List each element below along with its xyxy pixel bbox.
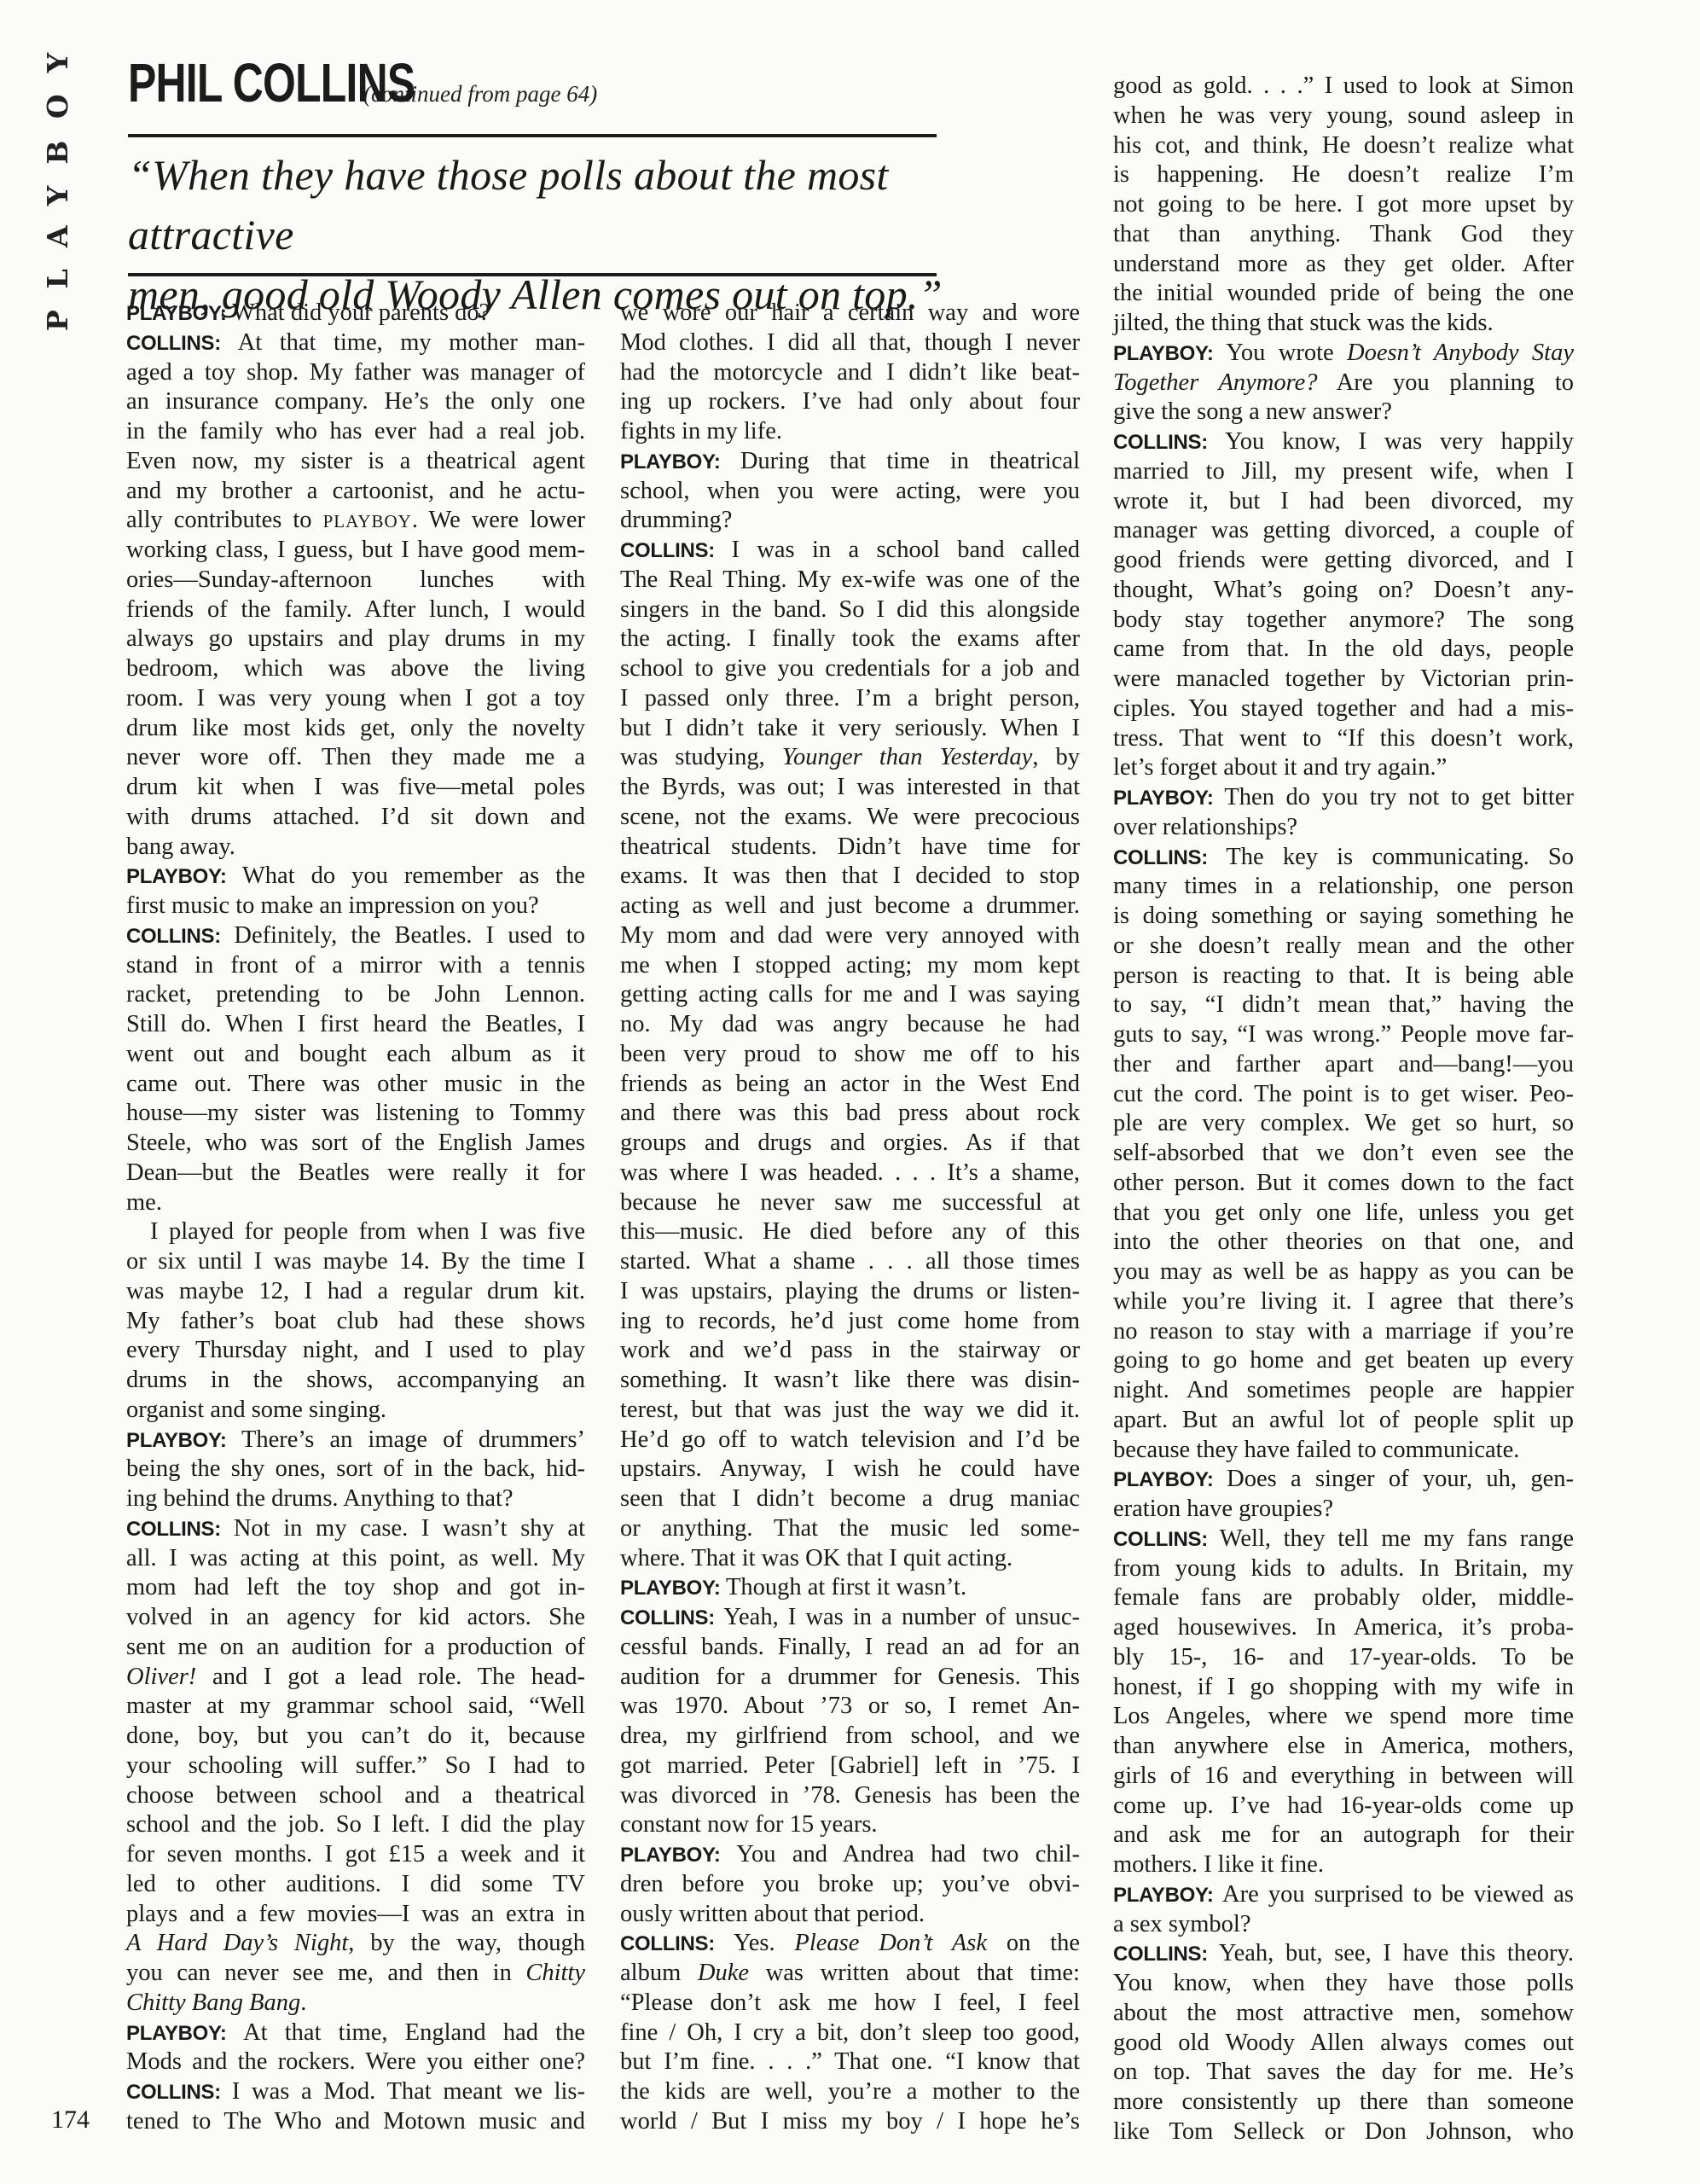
text-line: COLLINS: I was in a school band called [620,536,1080,566]
body-text: drum kit when I was five—metal poles [126,774,585,800]
body-text: Mods and the rockers. Were you either on… [126,2048,585,2075]
text-line: all. I was acting at this point, as well… [126,1544,585,1574]
body-text: you may as well be as happy as you can b… [1113,1258,1574,1285]
text-line: night. And sometimes people are happier [1113,1376,1574,1406]
text-line: work and we’d pass in the stairway or [620,1336,1080,1366]
text-line: or six until I was maybe 14. By the time… [126,1247,585,1277]
body-text: give the song a new answer? [1113,398,1392,425]
text-line: ing up rockers. I’ve had only about four [620,387,1080,417]
text-line: jilted, the thing that stuck was the kid… [1113,309,1574,339]
body-text: manager was getting divorced, a couple o… [1113,517,1574,543]
body-text: self-absorbed that we don’t even see the [1113,1140,1574,1166]
body-text: to say, “I didn’t mean that,” having the [1113,991,1574,1018]
text-line: you may as well be as happy as you can b… [1113,1258,1574,1287]
text-line: audition for a drummer for Genesis. This [620,1663,1080,1693]
body-text: never wore off. Then they made me a [126,744,585,770]
text-column-3: good as gold. . . .” I used to look at S… [1113,72,1574,2147]
speaker-label: COLLINS: [620,1932,734,1955]
text-line: PLAYBOY: There’s an image of drummers’ [126,1426,585,1455]
body-text: Los Angeles, where we spend more time [1113,1703,1574,1729]
text-line: not going to be here. I got more upset b… [1113,190,1574,220]
text-line: seen that I didn’t become a drug maniac [620,1484,1080,1514]
text-line: wrote it, but I had been divorced, my [1113,487,1574,517]
text-line: Mods and the rockers. Were you either on… [126,2047,585,2077]
body-text: and there was this bad press about rock [620,1100,1080,1126]
italic-title: Chitty [525,1960,585,1986]
body-text: been very proud to show me off to his [620,1041,1080,1067]
body-text: plays and a few movies—I was an extra in [126,1901,585,1927]
body-text: acting as well and just become a drummer… [620,892,1080,919]
body-text: school and the job. So I left. I did the… [126,1811,585,1838]
body-text: Definitely, the Beatles. I used to [234,922,585,949]
body-text: You know, when they have those polls [1113,1970,1574,1996]
text-line: other person. But it comes down to the f… [1113,1169,1574,1199]
body-text: me when I stopped acting; my mom kept [620,952,1080,979]
text-line: person is reacting to that. It is being … [1113,961,1574,991]
body-text: I was upstairs, playing the drums or lis… [620,1278,1080,1304]
text-line: ories—Sunday-afternoon lunches with [126,566,585,595]
text-line: drum like most kids get, only the novelt… [126,714,585,744]
text-line: about the most attractive men, somehow [1113,1999,1574,2029]
body-text: “Please don’t ask me how I feel, I feel [620,1989,1080,2016]
speaker-label: PLAYBOY: [620,1844,736,1867]
text-line: A Hard Day’s Night, by the way, though [126,1929,585,1959]
body-text: upstairs. Anyway, I wish he could have [620,1455,1080,1482]
text-line: while you’re living it. I agree that the… [1113,1287,1574,1317]
body-text: My mom and dad were very annoyed with [620,922,1080,949]
text-line: upstairs. Anyway, I wish he could have [620,1455,1080,1484]
body-text: Mod clothes. I did all that, though I ne… [620,329,1080,356]
speaker-label: PLAYBOY: [620,450,740,473]
text-line: organist and some singing. [126,1396,585,1426]
body-text: apart. But an awful lot of people split … [1113,1407,1574,1433]
text-line: a sex symbol? [1113,1910,1574,1940]
text-line: guts to say, “I was wrong.” People move … [1113,1020,1574,1050]
text-line: into the other theories on that one, and [1113,1228,1574,1258]
body-text: , by [1032,744,1080,770]
article-title: PHIL COLLINS [128,51,294,114]
body-text: bang away. [126,834,235,860]
text-line: world / But I miss my boy / I hope he’s [620,2107,1080,2137]
text-column-1: PLAYBOY: What did your parents do?COLLIN… [126,299,585,2137]
text-line: girls of 16 and everything in between wi… [1113,1762,1574,1792]
body-text: singers in the band. So I did this along… [620,596,1080,623]
body-text: went out and bought each album as it [126,1041,585,1067]
body-text: aged housewives. In America, it’s proba- [1113,1614,1574,1641]
text-line: thought, What’s going on? Doesn’t any- [1113,576,1574,606]
text-line: Mod clothes. I did all that, though I ne… [620,328,1080,358]
body-text: I was in a school band called [732,537,1080,563]
body-text: his cot, and think, He doesn’t realize w… [1113,132,1574,159]
text-line: COLLINS: Well, they tell me my fans rang… [1113,1525,1574,1554]
text-line: cessful bands. Finally, I read an ad for… [620,1633,1080,1663]
body-text: volved in an agency for kid actors. She [126,1604,585,1630]
text-line: ally contributes to PLAYBOY. We were low… [126,506,585,536]
text-line: going to go home and get beaten up every [1113,1346,1574,1376]
body-text: that you get only one life, unless you g… [1113,1199,1574,1226]
body-text: Still do. When I first heard the Beatles… [126,1011,585,1037]
body-text: night. And sometimes people are happier [1113,1377,1574,1403]
body-text: about the most attractive men, somehow [1113,2000,1574,2026]
speaker-label: COLLINS: [126,332,238,355]
speaker-label: COLLINS: [1113,846,1226,869]
body-text: audition for a drummer for Genesis. This [620,1664,1080,1690]
text-line: from young kids to adults. In Britain, m… [1113,1554,1574,1584]
text-line: ing behind the drums. Anything to that? [126,1484,585,1514]
text-line: PLAYBOY: Though at first it wasn’t. [620,1573,1080,1603]
body-text: groups and drugs and orgies. As if that [620,1130,1080,1156]
body-text: is doing something or saying something h… [1113,903,1574,929]
text-line: were manacled together by Victorian prin… [1113,665,1574,694]
text-line: tress. That went to “If this doesn’t wor… [1113,724,1574,754]
text-line: drumming? [620,506,1080,536]
text-line: ously written about that period. [620,1900,1080,1930]
text-line: “Please don’t ask me how I feel, I feel [620,1989,1080,2018]
text-line: friends as being an actor in the West En… [620,1070,1080,1100]
text-line: fights in my life. [620,417,1080,447]
body-text: aged a toy shop. My father was manager o… [126,359,585,386]
text-line: me when I stopped acting; my mom kept [620,951,1080,981]
brand-text: PLAYBOY [42,31,75,330]
body-text: done, boy, but you can’t do it, because [126,1722,585,1749]
body-text: Yeah, I was in a number of unsuc- [723,1604,1080,1630]
text-line: Steele, who was sort of the English Jame… [126,1129,585,1159]
body-text: came out. There was other music in the [126,1071,585,1097]
text-line: PLAYBOY: During that time in theatrical [620,447,1080,477]
text-line: My father’s boat club had these shows [126,1307,585,1337]
body-text: dren before you broke up; you’ve obvi- [620,1871,1080,1897]
body-text: Steele, who was sort of the English Jame… [126,1130,585,1156]
body-text: ciples. You stayed together and had a mi… [1113,695,1574,722]
text-line: let’s forget about it and try again.” [1113,753,1574,783]
text-line: PLAYBOY: You wrote Doesn’t Anybody Stay [1113,339,1574,369]
body-text: school, when you were acting, were you [620,478,1080,504]
text-line: You know, when they have those polls [1113,1969,1574,1999]
text-line: for seven months. I got £15 a week and i… [126,1840,585,1870]
body-text: fine / Oh, I cry a bit, don’t sleep too … [620,2019,1080,2046]
body-text: What did your parents do? [232,299,490,326]
text-line: tened to The Who and Motown music and [126,2107,585,2137]
body-text: My father’s boat club had these shows [126,1308,585,1334]
text-line: your schooling will suffer.” So I had to [126,1751,585,1781]
body-text: and I got a lead role. The head- [196,1664,585,1690]
body-text: sent me on an audition for a production … [126,1634,585,1660]
text-line: or anything. That the music led some- [620,1514,1080,1544]
body-text: What do you remember as the [242,863,585,889]
text-line: plays and a few movies—I was an extra in [126,1900,585,1930]
body-text: good friends were getting divorced, and … [1113,547,1574,573]
text-line: married to Jill, my present wife, when I [1113,457,1574,487]
italic-title: Chitty Bang Bang [126,1989,300,2016]
vertical-magazine-brand: PLAYBOY [41,53,75,309]
body-text: the initial wounded pride of being the o… [1113,280,1574,306]
body-text: thought, What’s going on? Doesn’t any- [1113,577,1574,603]
text-line: The Real Thing. My ex-wife was one of th… [620,566,1080,595]
text-line: this—music. He died before any of this [620,1217,1080,1247]
text-line: COLLINS: I was a Mod. That meant we lis- [126,2077,585,2107]
body-text: Not in my case. I wasn’t shy at [234,1515,585,1542]
speaker-label: COLLINS: [126,2081,232,2104]
body-text: while you’re living it. I agree that the… [1113,1288,1574,1315]
text-line: COLLINS: Definitely, the Beatles. I used… [126,921,585,951]
body-text: eration have groupies? [1113,1496,1333,1522]
body-text: work and we’d pass in the stairway or [620,1337,1080,1363]
body-text: . [300,1989,306,2016]
body-text: . We were lower [412,507,585,533]
body-text: seen that I didn’t become a drug maniac [620,1485,1080,1512]
text-line: you can never see me, and then in Chitty [126,1959,585,1989]
body-text: mom had left the toy shop and got in- [126,1574,585,1600]
body-text: wrote it, but I had been divorced, my [1113,488,1574,514]
body-text: cut the cord. The point is to get wiser.… [1113,1081,1574,1107]
article-header: PHIL COLLINS (continued from page 64) [128,51,597,111]
body-text: stand in front of a mirror with a tennis [126,952,585,979]
text-line: the initial wounded pride of being the o… [1113,279,1574,309]
text-line: friends of the family. After lunch, I wo… [126,595,585,625]
body-text: drums in the shows, accompanying an [126,1367,585,1393]
body-text: is happening. He doesn’t realize I’m [1113,161,1574,188]
body-text: than anywhere else in America, mothers, [1113,1733,1574,1759]
body-text: , by the way, though [348,1930,585,1956]
body-text: was studying, [620,744,782,770]
body-text: or she doesn’t really mean and the other [1113,932,1574,959]
body-text: on top. That saves the day for me. He’s [1113,2059,1574,2085]
body-text: terest, but that was just the way we did… [620,1397,1080,1423]
body-text: organist and some singing. [126,1397,386,1423]
text-line: ple are very complex. We get so hurt, so [1113,1109,1574,1139]
text-line: My mom and dad were very annoyed with [620,921,1080,951]
text-line: understand more as they get older. After [1113,250,1574,280]
body-text: Yes. [734,1930,794,1956]
text-line: that than anything. Thank God they [1113,220,1574,250]
body-text: tress. That went to “If this doesn’t wor… [1113,725,1574,752]
body-text: came from that. In the old days, people [1113,636,1574,662]
body-text: was where I was headed. . . . It’s a sha… [620,1159,1080,1186]
speaker-label: PLAYBOY: [1113,787,1224,810]
speaker-label: COLLINS: [620,539,732,562]
text-line: He’d go off to watch television and I’d … [620,1426,1080,1455]
italic-title: Together Anymore? [1113,369,1318,396]
text-line: exams. It was then that I decided to sto… [620,862,1080,892]
body-text: on the [987,1930,1080,1956]
text-line: COLLINS: Yes. Please Don’t Ask on the [620,1929,1080,1959]
text-line: come up. I’ve had 16-year-olds come up [1113,1792,1574,1821]
text-line: no. My dad was angry because he had [620,1010,1080,1040]
text-line: PLAYBOY: Does a singer of your, uh, gen- [1113,1465,1574,1495]
body-text: for seven months. I got £15 a week and i… [126,1841,585,1867]
body-text: over relationships? [1113,814,1297,840]
body-text: being the shy ones, sort of in the back,… [126,1455,585,1482]
body-text: exams. It was then that I decided to sto… [620,863,1080,889]
body-text: was written about that time: [749,1960,1080,1986]
text-line: stand in front of a mirror with a tennis [126,951,585,981]
text-line: COLLINS: At that time, my mother man- [126,328,585,358]
text-line: COLLINS: You know, I was very happily [1113,427,1574,457]
text-line: album Duke was written about that time: [620,1959,1080,1989]
text-line: I was upstairs, playing the drums or lis… [620,1277,1080,1307]
body-text: school to give you credentials for a job… [620,655,1080,682]
text-line: aged a toy shop. My father was manager o… [126,358,585,388]
text-line: never wore off. Then they made me a [126,743,585,773]
body-text: where. That it was OK that I quit acting… [620,1545,1012,1571]
italic-title: Doesn’t Anybody Stay [1347,340,1574,366]
body-text: good old Woody Allen always comes out [1113,2030,1574,2056]
body-text: because they have failed to communicate. [1113,1437,1519,1463]
body-text: bly 15-, 16- and 17-year-olds. To be [1113,1644,1574,1670]
body-text: always go upstairs and play drums in my [126,625,585,652]
body-text: You know, I was very happily [1225,428,1574,455]
body-text: world / But I miss my boy / I hope he’s [620,2108,1080,2135]
body-text: we wore our hair a certain way and wore [620,299,1080,326]
body-text: no. My dad was angry because he had [620,1011,1080,1037]
text-line: groups and drugs and orgies. As if that [620,1129,1080,1159]
body-text: you can never see me, and then in [126,1960,525,1986]
body-text: album [620,1960,698,1986]
text-line: working class, I guess, but I have good … [126,536,585,566]
body-text: mothers. I like it fine. [1113,1851,1324,1878]
body-text: not going to be here. I got more upset b… [1113,191,1574,218]
text-line: was maybe 12, I had a regular drum kit. [126,1277,585,1307]
speaker-label: COLLINS: [126,1518,234,1541]
body-text: ally contributes to [126,507,323,533]
text-line: and ask me for an autograph for their [1113,1821,1574,1850]
body-text: The key is communicating. So [1226,844,1574,870]
text-line: we wore our hair a certain way and wore [620,299,1080,328]
speaker-label: PLAYBOY: [126,865,242,888]
body-text: first music to make an impression on you… [126,892,539,919]
text-line: but I’m fine. . . .” That one. “I know t… [620,2047,1080,2077]
text-line: his cot, and think, He doesn’t realize w… [1113,131,1574,161]
body-text: ories—Sunday-afternoon lunches with [126,566,585,593]
body-text: Well, they tell me my fans range [1220,1525,1574,1552]
text-line: when he was very young, sound asleep in [1113,102,1574,131]
text-line: PLAYBOY: Then do you try not to get bitt… [1113,783,1574,813]
speaker-label: COLLINS: [1113,1943,1219,1966]
text-line: acting as well and just become a drummer… [620,892,1080,921]
body-text: but I’m fine. . . .” That one. “I know t… [620,2048,1080,2075]
text-line: school and the job. So I left. I did the… [126,1810,585,1840]
body-text: Yeah, but, see, I have this theory. [1219,1940,1574,1966]
italic-title: Duke [698,1960,749,1986]
speaker-label: PLAYBOY: [126,2022,243,2045]
body-text: married to Jill, my present wife, when I [1113,458,1574,485]
body-text: started. What a shame . . . all those ti… [620,1248,1080,1275]
body-text: scene, not the exams. We were precocious [620,804,1080,830]
text-line: but I didn’t take it very seriously. Whe… [620,714,1080,744]
body-text: the Byrds, was out; I was interested in … [620,774,1080,800]
text-line: went out and bought each album as it [126,1040,585,1070]
body-text: ple are very complex. We get so hurt, so [1113,1110,1574,1136]
text-line: many times in a relationship, one person [1113,872,1574,902]
body-text: ing behind the drums. Anything to that? [126,1485,513,1512]
body-text: something. It wasn’t like there was disi… [620,1367,1080,1393]
small-caps-text: PLAYBOY [323,511,412,531]
body-text: when he was very young, sound asleep in [1113,102,1574,129]
text-line: bedroom, which was above the living [126,654,585,684]
body-text: me. [126,1189,162,1216]
body-text: cessful bands. Finally, I read an ad for… [620,1634,1080,1660]
speaker-label: PLAYBOY: [1113,1884,1222,1907]
speaker-label: PLAYBOY: [620,1577,726,1600]
text-line: was divorced in ’78. Genesis has been th… [620,1781,1080,1811]
text-line: PLAYBOY: What do you remember as the [126,862,585,892]
text-line: apart. But an awful lot of people split … [1113,1406,1574,1436]
body-text: ther and farther apart and—bang!—you [1113,1051,1574,1077]
text-line: was where I was headed. . . . It’s a sha… [620,1159,1080,1188]
body-text: Are you planning to [1318,369,1574,396]
body-text: many times in a relationship, one person [1113,873,1574,899]
body-text: the kids are well, you’re a mother to th… [620,2078,1080,2105]
body-text: come up. I’ve had 16-year-olds come up [1113,1792,1574,1819]
text-line: the acting. I finally took the exams aft… [620,624,1080,654]
body-text: all. I was acting at this point, as well… [126,1545,585,1571]
text-line: mothers. I like it fine. [1113,1850,1574,1880]
body-text: an insurance company. He’s the only one [126,388,585,415]
body-text: Though at first it wasn’t. [726,1574,966,1600]
italic-title: A Hard Day’s Night [126,1930,348,1956]
text-line: COLLINS: Not in my case. I wasn’t shy at [126,1514,585,1544]
text-line: fine / Oh, I cry a bit, don’t sleep too … [620,2018,1080,2048]
text-line: is doing something or saying something h… [1113,902,1574,932]
body-text: I played for people from when I was five [150,1218,585,1245]
text-line: COLLINS: Yeah, but, see, I have this the… [1113,1939,1574,1969]
text-line: good friends were getting divorced, and … [1113,546,1574,576]
text-line: self-absorbed that we don’t even see the [1113,1139,1574,1169]
text-line: master at my grammar school said, “Well [126,1692,585,1722]
body-text: from young kids to adults. In Britain, m… [1113,1555,1574,1582]
body-text: a sex symbol? [1113,1911,1250,1937]
text-line: ing to records, he’d just come home from [620,1307,1080,1337]
body-text: During that time in theatrical [740,448,1080,474]
body-text: got married. Peter [Gabriel] left in ’75… [620,1752,1080,1779]
body-text: Even now, my sister is a theatrical agen… [126,448,585,474]
text-line: and my brother a cartoonist, and he actu… [126,477,585,507]
text-line: theatrical students. Didn’t have time fo… [620,833,1080,863]
body-text: There’s an image of drummers’ [241,1426,585,1453]
speaker-label: COLLINS: [620,1606,723,1629]
text-column-2: we wore our hair a certain way and woreM… [620,299,1080,2137]
text-line: like Tom Selleck or Don Johnson, who [1113,2117,1574,2147]
italic-title: Please Don’t Ask [794,1930,987,1956]
body-text: I was a Mod. That meant we lis- [232,2078,585,2105]
text-line: school to give you credentials for a job… [620,654,1080,684]
italic-title: Oliver! [126,1664,196,1690]
text-line: to say, “I didn’t mean that,” having the [1113,990,1574,1020]
body-text: You and Andrea had two chil- [736,1841,1080,1867]
body-text: master at my grammar school said, “Well [126,1693,585,1719]
text-line: COLLINS: The key is communicating. So [1113,843,1574,873]
text-line: drea, my girlfriend from school, and we [620,1722,1080,1751]
body-text: friends of the family. After lunch, I wo… [126,596,585,623]
body-text: bedroom, which was above the living [126,655,585,682]
text-line: singers in the band. So I did this along… [620,595,1080,625]
text-line: started. What a shame . . . all those ti… [620,1247,1080,1277]
body-text: racket, pretending to be John Lennon. [126,981,585,1008]
text-line: an insurance company. He’s the only one [126,387,585,417]
text-line: aged housewives. In America, it’s proba- [1113,1613,1574,1643]
text-line: PLAYBOY: At that time, England had the [126,2018,585,2048]
body-text: going to go home and get beaten up every [1113,1347,1574,1374]
text-line: terest, but that was just the way we did… [620,1396,1080,1426]
text-line: sent me on an audition for a production … [126,1633,585,1663]
body-text: good as gold. . . .” I used to look at S… [1113,73,1574,99]
body-text: female fans are probably older, middle- [1113,1584,1574,1611]
body-text: guts to say, “I was wrong.” People move … [1113,1021,1574,1048]
text-line: done, boy, but you can’t do it, because [126,1722,585,1751]
text-line: getting acting calls for me and I was sa… [620,980,1080,1010]
text-line: Even now, my sister is a theatrical agen… [126,447,585,477]
text-line: drums in the shows, accompanying an [126,1366,585,1396]
